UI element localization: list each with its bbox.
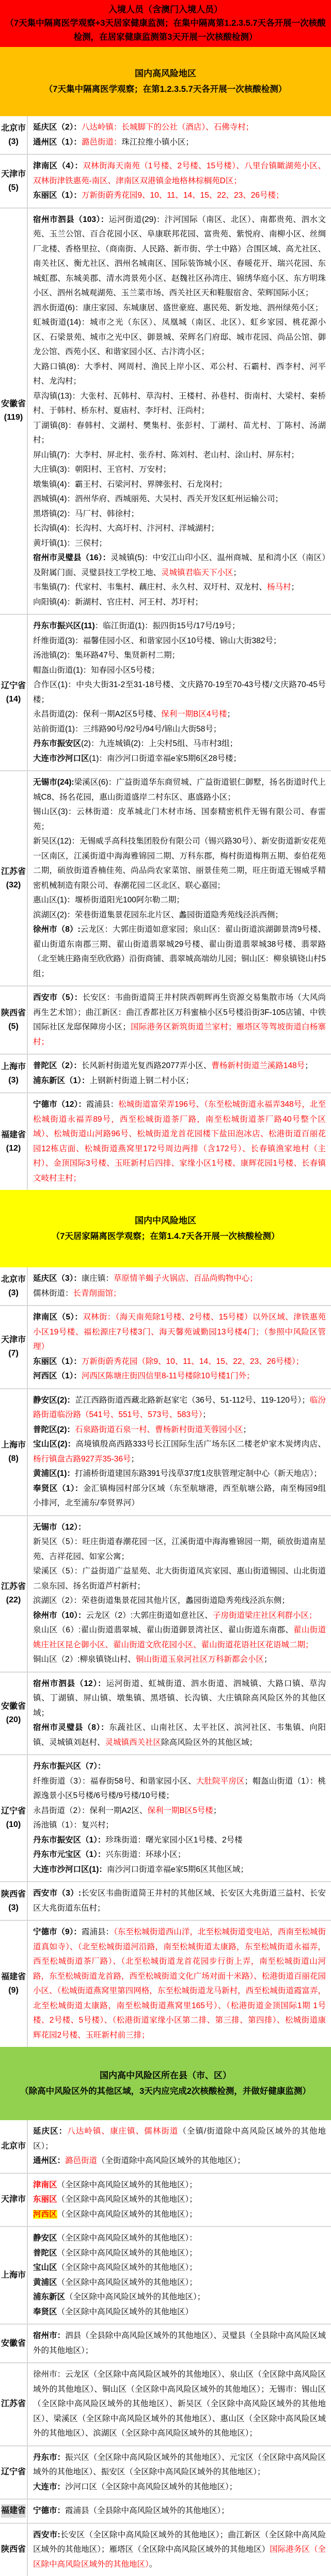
province-name: 天津市 — [1, 1333, 26, 1347]
text-segment: 长沟镇(4)：长沟村、大高圩村、汴河村、洋城湖村； — [33, 524, 219, 533]
text-segment: （全区除中高风险区域外的其他地区）； — [57, 2181, 197, 2189]
red-text-segment: 潞邑街道： — [82, 138, 122, 147]
region-line: 梁溪区（5）：广益街道广益星苑、北大街街道凤宾家园、惠山街道锡园、山北街道二泉东… — [33, 1564, 326, 1594]
region-line: 大连市沙河口区(1)：南沙河口街道幸福e家5期6区其他区域； — [33, 1863, 326, 1878]
province-label: 辽宁省(14) — [0, 615, 28, 770]
province-name: 江苏省 — [1, 2397, 26, 2411]
text-segment: 惠山区(1)：堰桥街道阳光100阿尔勒二期； — [33, 896, 184, 904]
province-regions: 宿州市泗县（12）：运河街道、虹城街道、泗水街道、泗城镇、大路口镇、草沟镇、丁湖… — [28, 1673, 331, 1755]
red-text-segment: 八达岭镇：长城脚下的公社（酒店）、石佛寺村； — [82, 123, 254, 132]
province-regions: 徐州市：云龙区（全区除中高风险区域外的其他地区）、泉山区（全区除中高风险区域外的… — [28, 2363, 331, 2445]
region-line: 丹东市振兴区（7）： — [33, 1759, 326, 1774]
text-segment: 珠江拉维小镇小区； — [121, 138, 194, 147]
text-segment: 霞浦县（全县除中高风险区域外的其他地区）； — [65, 2506, 229, 2515]
province-label: 安徽省 — [0, 2325, 28, 2362]
text-segment: 永昌街道(2)：保利一期A2区5号楼、 — [33, 710, 161, 719]
text-segment: 纤维街道(3)：福馨佳园小区、和谐家园小区10号楼、锦山大街382号； — [33, 637, 281, 645]
region-line: 丁湖镇(8)：春韩村、文湖村、樊集村、张彭村、丁湖村、苗尤村、丁陈村、汤湖村； — [33, 419, 326, 448]
text-segment: 霞浦县： — [82, 1928, 114, 1936]
province-label: 辽宁省(10) — [0, 1755, 28, 1881]
region-line: 泉山区（6）:翟山街道翡翠城、翟山街道御景湾社区、翟山街道东南郡、翟山街道姚庄社… — [33, 1623, 326, 1652]
province-row: 辽宁省(10)丹东市振兴区（7）：纤维街道（3）：福春街58号、和谐家园小区、大… — [0, 1755, 331, 1882]
region-line: 永昌街道(2)：保利一期A2区5号楼、保利一期B区4号楼； — [33, 707, 326, 722]
text-segment: 霞浦县： — [86, 1100, 118, 1109]
text-segment: ； — [291, 583, 299, 592]
province-regions: 西安市（5）：长安区：韦曲街道简王井村陕西朝辉再生资源交易集散市场（大风尚再生艺… — [28, 987, 331, 1054]
red-text-segment: 曹杨新村街道兰溪路148号 — [211, 1061, 305, 1070]
medium-risk-table: 北京市(3)延庆区（3）：康庄镇：草原情羊蝎子火锅店、百品尚购物中心；儒林街道：… — [0, 1267, 331, 2047]
high-risk-banner-title: 国内高风险地区 — [6, 66, 325, 82]
province-count: (7) — [8, 1347, 19, 1360]
province-label: 陕西省(3) — [0, 1882, 28, 1920]
text-segment: 黄圩镇(1)：三侯村； — [33, 539, 107, 548]
text-segment: 振兴区（全区除中高风险区域外的其他地区）、元宝区（全区除中高风险区域外的其他地区… — [33, 2453, 326, 2477]
bold-text-segment: 宿州市泗县（103）： — [33, 215, 109, 224]
red-text-segment: 潞邑街道 — [65, 2156, 97, 2165]
province-name: 安徽省 — [1, 397, 26, 411]
bold-text-segment: 丹东市： — [33, 2453, 65, 2462]
region-line: 向阳镇(4)：新湖村、官庄村、河王村、苏圩村； — [33, 595, 326, 610]
region-line: 奉贤区（全区除中高风险区域外的其他地区） — [33, 2305, 326, 2320]
text-segment: (1)：南沙河口街道幸福e家5期6区28号楼； — [89, 754, 242, 763]
region-line: 津南区（4）：双林街海天南苑（1号楼、2号楼、15号楼）、八里台镇瞰湖苑小区、双… — [33, 159, 326, 188]
county-level-banner-subtitle: （除高中风险区外的其他区域，3天内应完成2次核酸检测，并做好健康监测） — [6, 2084, 325, 2100]
region-line: 徐州市：云龙区（全区除中高风险区域外的其他地区）、泉山区（全区除中高风险区域外的… — [33, 2367, 326, 2441]
province-row: 北京市延庆区：八达岭镇、康庄镇、儒林街道（全镇/街道除中高风险区域外的其他地区）… — [0, 2120, 331, 2174]
region-line: 大路口镇(8)：大季村、网周村、渔民上岸小区、邓公村、石霸村、西李村、河平村、龙… — [33, 360, 326, 389]
region-line: 宝山区(2)：高境镇殷高西路333号长江国际生活广场东区二楼老炉家木炭烤肉店、杨… — [33, 1437, 326, 1467]
text-segment: 康庄镇： — [82, 1274, 114, 1283]
region-line: 西安市:长安区（全区除中高风险区域外的其他地区）；曲江新区（全区除中高风险区域外… — [33, 2528, 326, 2572]
province-regions: 宁德市：霞浦县（全县除中高风险区域外的其他地区）； — [28, 2500, 331, 2523]
province-regions: 津南区（4）：双林街海天南苑（1号楼、2号楼、15号楼）、八里台镇瞰湖苑小区、双… — [28, 155, 331, 208]
region-line: 奉贤区（1）：金汇镇梅园村部分区域（东至航塘港，西至航塘公路，南至梅园9组小排河… — [33, 1482, 326, 1511]
bold-text-segment: 静安区(2)： — [33, 1396, 75, 1405]
province-regions: 延庆区：八达岭镇、康庄镇、儒林街道（全镇/街道除中高风险区域外的其他地区）；通州… — [28, 2120, 331, 2173]
red-text-segment: 石泉路街道石泉一村、曹杨新村街道芙蓉园小区 — [75, 1425, 243, 1434]
province-row: 福建省(12)宁德市（12）：霞浦县：松城街道富荣弄196号、（东至松城街道永福… — [0, 1093, 331, 1190]
text-segment: 新吴区（5）：旺庄街道春潮花园一区，江溪街道中海海雅锦园一期，硕放街道南星苑、吉… — [33, 1537, 326, 1561]
region-line: 宿州市灵璧县（8）：东蔬社区、山南社区、太平社区、滨河社区、韦集镇、向阳镇、灵城… — [33, 1721, 326, 1750]
red-text-segment: 长青削面馆； — [73, 1289, 121, 1298]
province-label: 福建省(12) — [0, 1093, 28, 1190]
bold-text-segment: 丹东市振兴区(11) — [33, 622, 95, 630]
region-line: 墩集镇(4)：霸王村、石梁河村、界牌张村、石龙岗村； — [33, 478, 326, 492]
region-line: 东丽区（1）：万新街蔚秀花园9、10、11、14、15、22、23、26号楼； — [33, 188, 326, 203]
province-label: 陕西省 — [0, 2524, 28, 2576]
text-segment: ； — [213, 1806, 222, 1815]
text-segment: （全区除中高风险区域外的其他地区）： — [57, 2234, 197, 2243]
province-regions: 宿州市泗县（103）：运河街道(29)：汴河国际（南区、北区）、南都贵苑、泗水文… — [28, 209, 331, 614]
text-segment: 永昌街道（2）：保利一期A2区、 — [33, 1806, 147, 1815]
region-line: 黑塔镇(2)：马厂村、韩徐村； — [33, 507, 326, 522]
region-line: 延庆区（3）：康庄镇：草原情羊蝎子火锅店、百品尚购物中心； — [33, 1271, 326, 1286]
region-line: 儒林街道：长青削面馆； — [33, 1286, 326, 1301]
text-segment: 珍珠街道：曙光家园小区1号楼、2号楼 — [105, 1836, 242, 1844]
region-line: 延庆区（2）：八达岭镇：长城脚下的公社（酒店）、石佛寺村； — [33, 120, 326, 135]
province-row: 陕西省西安市:长安区（全区除中高风险区域外的其他地区）；曲江新区（全区除中高风险… — [0, 2524, 331, 2576]
province-row: 安徽省(119)宿州市泗县（103）：运河街道(29)：汴河国际（南区、北区）、… — [0, 209, 331, 615]
province-count: (5) — [8, 181, 19, 195]
bold-text-segment: 宝山区 — [33, 2263, 57, 2272]
region-line: 永昌街道（2）：保利一期A2区、保利一期B区5号楼； — [33, 1804, 326, 1819]
bold-text-segment: 通州区（1）： — [33, 138, 82, 147]
province-label: 江苏省(32) — [0, 771, 28, 985]
province-row: 陕西省(3)西安市（3）:长安区韦曲街道简王井村的其他区域、长安区大兆街道三益村… — [0, 1882, 331, 1921]
province-label: 上海市(8) — [0, 1389, 28, 1515]
province-name: 安徽省 — [1, 1700, 26, 1713]
bold-text-segment: 普陀区（2）： — [33, 1061, 82, 1070]
text-segment: 泗县（全县除中高风险区域外的其他地区）、灵璧县（全县除中高风险区域外的其他地区）… — [33, 2331, 326, 2355]
text-segment: 芷江西路街道西藏北路新赵家宅（36号、51-112号、119-120号）； — [75, 1396, 310, 1405]
province-name: 上海市 — [1, 1439, 26, 1452]
bold-text-segment: 东丽区（1）： — [33, 1357, 82, 1366]
county-level-table: 北京市延庆区：八达岭镇、康庄镇、儒林街道（全镇/街道除中高风险区域外的其他地区）… — [0, 2120, 331, 2576]
text-segment: 锡山区(3)：云林街道：皮革城北门木材市场、国泰精密机件无锡有限公司、春雷苑； — [33, 807, 326, 831]
text-segment: 儒林街道： — [33, 1289, 73, 1298]
region-line: 无锡市（12）： — [33, 1520, 326, 1535]
text-segment: （全区除中高风险区域外的其他地区）； — [57, 2195, 197, 2204]
province-label: 上海市(3) — [0, 1055, 28, 1092]
region-line: 新吴区(12)：无锡威孚高科技集团股份有限公司（锡兴路30号）、新安街道新安花苑… — [33, 834, 326, 893]
region-line: 普陀区(2)：石泉路街道石泉一村、曹杨新村街道芙蓉园小区； — [33, 1423, 326, 1438]
region-line: 纤维街道（3）：福春街58号、和谐家园小区、大肚院平房区；帽盔山街道（1）：桃源… — [33, 1774, 326, 1804]
province-count: (3) — [8, 1074, 19, 1087]
text-segment: 墩集镇(4)：霸王村、石梁河村、界牌张村、石龙岗村； — [33, 480, 227, 489]
region-line: 河西区（1）：河西区陈塘庄街四信里8-11号楼除10号楼1门外； — [33, 1369, 326, 1384]
region-line: 津南区（全区除中高风险区域外的其他地区）； — [33, 2178, 326, 2193]
text-segment: 徐州市：云龙区（全区除中高风险区域外的其他地区）、泉山区（全区除中高风险区域外的… — [33, 2370, 326, 2438]
text-segment: （全区除中高风险区域外的其他地区）； — [57, 2210, 197, 2219]
province-count: (12) — [6, 1142, 21, 1155]
text-segment: ； — [233, 568, 242, 577]
text-segment: 纤维街道（3）：福春街58号、和谐家园小区、 — [33, 1777, 196, 1786]
bold-text-segment: 普陀区(2)： — [33, 1425, 75, 1434]
region-line: 河西区（全区除中高风险区域外的其他地区）； — [33, 2207, 326, 2222]
province-name: 辽宁省 — [1, 1805, 26, 1818]
province-label: 北京市(3) — [0, 116, 28, 154]
province-count: (9) — [8, 1984, 19, 1997]
province-name: 福建省 — [1, 1128, 26, 1142]
region-line: 徐州市（8）:云龙区：大郭庄街道如意家园；泉山区：翟山街道滨湖御景湾9号楼、翟山… — [33, 923, 326, 981]
text-segment: ； — [243, 1425, 251, 1434]
province-name: 陕西省 — [1, 2543, 26, 2556]
county-level-banner-title: 国内高中风险区所在县（市、区） — [6, 2068, 325, 2084]
bold-text-segment: 延庆区（2）： — [33, 123, 82, 132]
text-segment: 帽盔山街道(1)：知春园小区5号楼； — [33, 666, 160, 675]
province-label: 安徽省(119) — [0, 209, 28, 614]
province-label: 天津市(5) — [0, 155, 28, 208]
province-regions: 宁德市（12）：霞浦县：松城街道富荣弄196号、（东至松城街道永福弄348号，北… — [28, 1093, 331, 1190]
region-line: 通州区（1）：潞邑街道：珠江拉维小镇小区； — [33, 135, 326, 150]
text-segment: ； — [305, 1061, 313, 1070]
bold-text-segment: 东丽区（1）： — [33, 191, 82, 200]
province-row: 北京市(3)延庆区（3）：康庄镇：草原情羊蝎子火锅店、百品尚购物中心；儒林街道：… — [0, 1267, 331, 1306]
province-name: 北京市 — [1, 1273, 26, 1286]
text-segment: 新吴区(12)：无锡威孚高科技集团股份有限公司（锡兴路30号）、新安街道新安花苑… — [33, 837, 326, 890]
region-line: 普陀区（全区除中高风险区域外的其他地区）； — [33, 2246, 326, 2261]
bold-text-segment: 大连市： — [33, 2483, 65, 2491]
province-label: 江苏省(22) — [0, 1516, 28, 1672]
red-text-segment: 保利一期B区4号楼 — [161, 710, 227, 719]
region-line: 丹东市振安区(2)：九连城镇(2)：上尖村5组、马市村3组； — [33, 737, 326, 752]
province-row: 北京市(3)延庆区（2）：八达岭镇：长城脚下的公社（酒店）、石佛寺村；通州区（1… — [0, 116, 331, 155]
region-line: 丹东市元宝区（1）：兴东街道：环球小区； — [33, 1848, 326, 1863]
region-line: 普陀区（2）：长风新村街道光复西路2077弄小区、曹杨新村街道兰溪路148号； — [33, 1059, 326, 1074]
province-count: (32) — [6, 879, 21, 892]
bold-text-segment: 无锡市（12）： — [33, 1523, 86, 1532]
high-risk-table: 北京市(3)延庆区（2）：八达岭镇：长城脚下的公社（酒店）、石佛寺村；通州区（1… — [0, 116, 331, 1190]
text-segment: （全街道除中高风险区域外的其他地区）； — [97, 2156, 245, 2165]
province-regions: 静安区(2)：芷江西路街道西藏北路新赵家宅（36号、51-112号、119-12… — [28, 1389, 331, 1515]
high-risk-banner: 国内高风险地区 （7天集中隔离医学观察；在第1.2.3.5.7天各开展一次核酸检… — [0, 47, 331, 116]
bold-text-segment: 丹东市振安区（1）： — [33, 1836, 105, 1844]
region-line: 东丽区（1）：万新街蔚秀花园（除9、10、11、14、15、22、23、26号楼… — [33, 1355, 326, 1370]
province-row: 辽宁省丹东市：振兴区（全区除中高风险区域外的其他地区）、元宝区（全区除中高风险区… — [0, 2446, 331, 2500]
region-line: 津南区（5）：双林街：（海天南苑除1号楼、2号楼、15号楼）以外区域、津铁惠苑小… — [33, 1310, 326, 1355]
province-row: 安徽省宿州市：泗县（全县除中高风险区域外的其他地区）、灵璧县（全县除中高风险区域… — [0, 2325, 331, 2363]
region-line: 静安区（全区除中高风险区域外的其他地区）： — [33, 2231, 326, 2246]
region-line: 帽盔山街道(1)：知春园小区5号楼； — [33, 663, 326, 678]
medium-risk-banner-subtitle: （7天居家隔离医学观察；在第1.4.7天各开展一次核酸检测） — [6, 1229, 325, 1245]
region-line: 草沟镇(13)：大张村、瓦韩村、草沟村、王楼村、孙巷村、街南村、大梁村、秦桥村、… — [33, 389, 326, 419]
text-segment: ； — [227, 710, 235, 719]
province-label: 上海市 — [0, 2227, 28, 2324]
province-name: 江苏省 — [1, 1580, 26, 1594]
province-row: 天津市(5)津南区（4）：双林街海天南苑（1号楼、2号楼、15号楼）、八里台镇瞰… — [0, 155, 331, 209]
text-segment: 汤池镇（1）：复兴村； — [33, 1821, 114, 1830]
text-segment: 铜山区（2）:柳泉镇铙山村、 — [33, 1655, 136, 1664]
red-text-segment: 杨行镇盘古路927弄35-36号 — [33, 1455, 131, 1464]
region-line: 大连市：沙河口区（全区除中高风险区域外的其他地区）； — [33, 2480, 326, 2495]
province-row: 江苏省(22)无锡市（12）：新吴区（5）：旺庄街道春潮花园一区，江溪街道中海海… — [0, 1516, 331, 1673]
bold-text-segment: 宝山区(2)： — [33, 1440, 76, 1449]
region-line: 黄浦区(1)：打浦桥街道建国东路391号浅草37度1皮肤管理定制中心（新天地店）… — [33, 1467, 326, 1482]
province-count: (8) — [8, 1452, 19, 1466]
province-count: (20) — [6, 1713, 21, 1727]
region-line: 大庄镇(3)：朝阳村、王官村、万安村； — [33, 463, 326, 478]
province-label: 辽宁省 — [0, 2446, 28, 2499]
bold-text-segment: 宁德市（9）： — [33, 1928, 82, 1936]
red-text-segment: 铜山街道玉泉河社区万科新都会小区 — [136, 1655, 264, 1664]
high-risk-banner-subtitle: （7天集中隔离医学观察；在第1.2.3.5.7天各开展一次核酸检测） — [6, 82, 325, 98]
region-line: 宁德市（9）：霞浦县：（东至松城街道西山洋，北至松城街道变电站，西南至松城街道真… — [33, 1925, 326, 2043]
region-line: 徐州市（10）：云龙区（2）:大郭庄街道如意社区、子房街道梁庄社区利群小区； — [33, 1609, 326, 1624]
text-segment: 站前街道(1)：三纬路90号/92号/94号/锦山大街58号； — [33, 725, 221, 734]
text-segment: 草沟镇(13)：大张村、瓦韩村、草沟村、王楼村、孙巷村、街南村、大梁村、秦桥村、… — [33, 392, 326, 416]
red-text-segment: 八达岭镇、康庄镇、儒林街道 — [67, 2127, 178, 2136]
text-segment: 除高风险区外的其他区域； — [161, 1738, 257, 1747]
bold-text-segment: 宿州市灵璧县（8）： — [33, 1723, 109, 1732]
region-line: 浦东新区（1）：上钢新村街道上钢二村小区； — [33, 1074, 326, 1089]
region-line: 丹东市：振兴区（全区除中高风险区域外的其他地区）、元宝区（全区除中高风险区域外的… — [33, 2451, 326, 2480]
province-regions: 丹东市：振兴区（全区除中高风险区域外的其他地区）、元宝区（全区除中高风险区域外的… — [28, 2446, 331, 2499]
province-row: 上海市(8)静安区(2)：芷江西路街道西藏北路新赵家宅（36号、51-112号、… — [0, 1389, 331, 1516]
region-line: 宁德市：霞浦县（全县除中高风险区域外的其他地区）； — [33, 2504, 326, 2519]
province-name: 北京市 — [1, 122, 26, 135]
province-name: 天津市 — [1, 168, 26, 181]
red-text-segment: 津南区 — [33, 2181, 57, 2189]
text-segment: 黑塔镇(2)：马厂村、韩徐村； — [33, 510, 139, 518]
province-name: 辽宁省 — [1, 679, 26, 693]
province-label: 福建省(9) — [0, 1921, 28, 2047]
province-name: 福建省 — [1, 2504, 26, 2518]
province-regions: 普陀区（2）：长风新村街道光复西路2077弄小区、曹杨新村街道兰溪路148号；浦… — [28, 1055, 331, 1092]
region-line: 大连市沙河口区(1)：南沙河口街道幸福e家5期6区28号楼； — [33, 752, 326, 767]
red-text-segment: 松城街道富荣弄196号、（东至松城街道永福弄348号，北至松城街道永福弄89号，… — [33, 1100, 326, 1183]
text-segment: 长风新村街道光复西路2077弄小区、 — [82, 1061, 211, 1070]
region-line: 丹东市振安区（1）：珍珠街道：曙光家园小区1号楼、2号楼 — [33, 1833, 326, 1848]
province-row: 上海市(3)普陀区（2）：长风新村街道光复西路2077弄小区、曹杨新村街道兰溪路… — [0, 1055, 331, 1093]
region-line: 通州区：潞邑街道（全街道除中高风险区域外的其他地区）； — [33, 2154, 326, 2169]
medium-risk-banner-title: 国内中风险地区 — [6, 1213, 325, 1229]
text-segment: 泗水街道(6)：康庄家园、东城康居、盛世豪庭、惠民苑、新发地、泗州绿苑小区； — [33, 304, 323, 312]
bold-text-segment: 浦东新区 — [33, 2293, 65, 2301]
province-regions: 无锡市(24):梁溪区(6)：广益街道华东商贸城、广益街道银仁御墅，扬名街道时代… — [28, 771, 331, 985]
text-segment: 韦集镇(7)：代家村、韦集村、藕庄村、永久村、双圩村、双龙村、 — [33, 583, 267, 592]
text-segment: （全区除中高风险区域外的其他地区） — [57, 2308, 194, 2316]
bold-text-segment: 通州区： — [33, 2156, 65, 2165]
province-count: (14) — [6, 693, 21, 706]
province-row: 江苏省(32)无锡市(24):梁溪区(6)：广益街道华东商贸城、广益街道银仁御墅… — [0, 771, 331, 987]
province-name: 北京市 — [1, 2140, 26, 2153]
text-segment: 屏山镇(7)：大李村、屏北村、张乔村、陈刘村、老山村、涂山村、屏东村； — [33, 451, 299, 459]
bold-text-segment: 西安市: — [33, 2531, 60, 2539]
red-text-segment: 杨马村 — [267, 583, 291, 592]
province-row: 福建省宁德市：霞浦县（全县除中高风险区域外的其他地区）； — [0, 2500, 331, 2524]
province-label: 江苏省 — [0, 2363, 28, 2445]
medium-risk-banner: 国内中风险地区 （7天居家隔离医学观察；在第1.4.7天各开展一次核酸检测） — [0, 1190, 331, 1267]
text-segment: ； — [131, 1455, 139, 1464]
province-row: 福建省(9)宁德市（9）：霞浦县：（东至松城街道西山洋，北至松城街道变电站，西南… — [0, 1921, 331, 2047]
province-name: 上海市 — [1, 1060, 26, 1074]
province-label: 陕西省(5) — [0, 987, 28, 1054]
red-text-segment: 子房街道梁庄社区利群小区； — [213, 1611, 317, 1620]
risk-notice-document: 入境人员（含澳门入境人员） （7天集中隔离医学观察+3天居家健康监测；在集中隔离… — [0, 0, 331, 2576]
province-row: 辽宁省(14)丹东市振兴区(11)：临江街道(1)：振四街15号/17号/19号… — [0, 615, 331, 771]
text-segment: 大路口镇(8)：大季村、网周村、渔民上岸小区、邓公村、石霸村、西李村、河平村、龙… — [33, 362, 326, 386]
province-count: (3) — [8, 1286, 19, 1300]
region-line: 屏山镇(7)：大李村、屏北村、张乔村、陈刘村、老山村、涂山村、屏东村； — [33, 448, 326, 463]
region-line: 虹城街道(14)：城市之光（东区）、凤凰城（南区、北区）、虹乡家园、桃花源小区、… — [33, 315, 326, 360]
province-count: (5) — [8, 1020, 19, 1033]
bold-text-segment: 西安市（5）： — [33, 993, 82, 1002]
bold-text-segment: 大连市沙河口区(1)： — [33, 1865, 107, 1874]
region-line: 宝山区（全区除中高风险区域外的其他地区）； — [33, 2261, 326, 2276]
red-text-segment: 万新街蔚秀花园（除9、10、11、14、15、22、23、26号楼）； — [82, 1357, 304, 1366]
province-name: 江苏省 — [1, 865, 26, 879]
text-segment: 合作区(1)：中央大街31-2至31-18号楼、文庆路70-19至70-43号楼… — [33, 680, 326, 704]
region-line: 宿州市：泗县（全县除中高风险区域外的其他地区）、灵璧县（全县除中高风险区域外的其… — [33, 2329, 326, 2358]
region-line: 新吴区（5）：旺庄街道春潮花园一区，江溪街道中海海雅锦园一期，硕放街道南星苑、吉… — [33, 1535, 326, 1564]
red-text-segment: 灵城镇君临天下小区 — [161, 568, 233, 577]
entry-banner-subtitle: （7天集中隔离医学观察+3天居家健康监测；在集中隔离第1.2.3.5.7天各开展… — [3, 17, 328, 44]
text-segment: 虹城街道(14)：城市之光（东区）、凤凰城（南区、北区）、虹乡家园、桃花源小区、… — [33, 318, 326, 356]
bold-text-segment: 无锡市(24): — [33, 778, 74, 787]
province-name: 陕西省 — [1, 1007, 26, 1020]
red-text-segment: 草原情羊蝎子火锅店、百品尚购物中心； — [114, 1274, 258, 1283]
text-segment: 南沙河口街道幸福e家5期6区其他区域； — [107, 1865, 248, 1874]
region-line: 汤池镇（1）：复兴村； — [33, 1818, 326, 1833]
bold-text-segment: 宿州市灵璧县（16）： — [33, 553, 111, 562]
bold-text-segment: 西安市（3）: — [33, 1889, 81, 1898]
province-row: 天津市(7)津南区（5）：双林街：（海天南苑除1号楼、2号楼、15号楼）以外区域… — [0, 1306, 331, 1389]
region-line: 滨湖区（2）：荣巷街道集景花园其他片区，蠡园街道隐秀苑线泾浜东侧； — [33, 1594, 326, 1609]
bold-text-segment: 奉贤区 — [33, 2308, 57, 2316]
province-regions: 津南区（5）：双林街：（海天南苑除1号楼、2号楼、15号楼）以外区域、津铁惠苑小… — [28, 1306, 331, 1388]
province-regions: 津南区（全区除中高风险区域外的其他地区）；东丽区（全区除中高风险区域外的其他地区… — [28, 2174, 331, 2227]
region-line: 西安市（5）：长安区：韦曲街道简王井村陕西朝辉再生资源交易集散市场（大风尚再生艺… — [33, 991, 326, 1050]
province-regions: 静安区（全区除中高风险区域外的其他地区）：普陀区（全区除中高风险区域外的其他地区… — [28, 2227, 331, 2324]
province-name: 福建省 — [1, 1970, 26, 1984]
province-label: 福建省 — [0, 2500, 28, 2523]
province-regions: 西安市:长安区（全区除中高风险区域外的其他地区）；曲江新区（全区除中高风险区域外… — [28, 2524, 331, 2576]
province-name: 辽宁省 — [1, 2466, 26, 2479]
region-line: 锡山区(3)：云林街道：皮革城北门木材市场、国泰精密机件无锡有限公司、春雷苑； — [33, 805, 326, 834]
province-count: (3) — [8, 1901, 19, 1915]
province-row: 陕西省(5)西安市（5）：长安区：韦曲街道简王井村陕西朝辉再生资源交易集散市场（… — [0, 987, 331, 1055]
text-segment: 运河街道(29)：汴河国际（南区、北区）、南都贵苑、泗水文苑、玉兰公馆、百合花园… — [33, 215, 326, 298]
text-segment: ：临江街道(1)：振四街15号/17号/19号； — [95, 622, 240, 630]
text-segment: 梁溪区（5）：广益街道广益星苑、北大街街道凤宾家园、惠山街道锡园、山北街道二泉东… — [33, 1567, 326, 1591]
bold-text-segment: 浦东新区（1）： — [33, 1076, 89, 1085]
red-text-segment: 灵城镇西关社区 — [105, 1738, 162, 1747]
province-count: (10) — [6, 1818, 21, 1832]
text-segment: 泗城镇(4)：泗州华府、西城丽苑、大吴村、西关开发区虹州运输公司； — [33, 495, 283, 503]
province-regions: 宁德市（9）：霞浦县：（东至松城街道西山洋，北至松城街道变电站，西南至松城街道真… — [28, 1921, 331, 2047]
text-segment: 打浦桥街道建国东路391号浅草37度1皮肤管理定制中心（新天地店）； — [75, 1469, 322, 1478]
region-line: 纤维街道(3)：福馨佳园小区、和谐家园小区10号楼、锦山大街382号； — [33, 634, 326, 649]
red-text-segment: 万新街蔚秀花园9、10、11、14、15、22、23、26号楼； — [82, 191, 284, 200]
text-segment: 泉山区（6）:翟山街道翡翠城、翟山街道御景湾社区、翟山街道东南郡、 — [33, 1626, 293, 1634]
province-row: 天津市津南区（全区除中高风险区域外的其他地区）；东丽区（全区除中高风险区域外的其… — [0, 2174, 331, 2228]
text-segment: 汤池镇(2)：集环路47号、集贤新村二期； — [33, 651, 180, 660]
region-line: 东丽区（全区除中高风险区域外的其他地区）； — [33, 2192, 326, 2207]
bold-text-segment: 静安区 — [33, 2234, 57, 2243]
region-line: 延庆区：八达岭镇、康庄镇、儒林街道（全镇/街道除中高风险区域外的其他地区）； — [33, 2124, 326, 2154]
red-text-segment: 东丽区 — [33, 2195, 57, 2204]
province-regions: 宿州市：泗县（全县除中高风险区域外的其他地区）、灵璧县（全县除中高风险区域外的其… — [28, 2325, 331, 2362]
province-label: 安徽省(20) — [0, 1673, 28, 1755]
province-count: (22) — [6, 1594, 21, 1607]
text-segment: 沙河口区（全区除中高风险区域外的其他地区）； — [65, 2483, 237, 2491]
region-line: 铜山区（2）:柳泉镇铙山村、铜山街道玉泉河社区万科新都会小区； — [33, 1652, 326, 1667]
bold-text-segment: 宁德市： — [33, 2506, 65, 2515]
text-segment: (2)：九连城镇(2)：上尖村5组、马市村3组； — [81, 739, 238, 748]
region-line: 宁德市（12）：霞浦县：松城街道富荣弄196号、（东至松城街道永福弄348号，北… — [33, 1098, 326, 1186]
province-row: 江苏省徐州市：云龙区（全区除中高风险区域外的其他地区）、泉山区（全区除中高风险区… — [0, 2363, 331, 2446]
bold-text-segment: 普陀区 — [33, 2249, 57, 2257]
province-regions: 西安市（3）:长安区韦曲街道简王井村的其他区域、长安区大兆街道三益村、长安区大兆… — [28, 1882, 331, 1920]
region-line: 浦东新区（全区除中高风险区域外的其他地区）； — [33, 2290, 326, 2305]
text-segment: ； — [202, 1410, 211, 1419]
bold-text-segment: 津南区（4）： — [33, 162, 83, 170]
province-regions: 丹东市振兴区（7）：纤维街道（3）：福春街58号、和谐家园小区、大肚院平房区；帽… — [28, 1755, 331, 1881]
text-segment: 丁湖镇(8)：春韩村、文湖村、樊集村、张彭村、丁湖村、苗尤村、丁陈村、汤湖村； — [33, 421, 326, 445]
province-regions: 延庆区（3）：康庄镇：草原情羊蝎子火锅店、百品尚购物中心；儒林街道：长青削面馆； — [28, 1267, 331, 1305]
province-count: (3) — [8, 135, 19, 149]
region-line: 站前街道(1)：三纬路90号/92号/94号/锦山大街58号； — [33, 722, 326, 737]
region-line: 静安区(2)：芷江西路街道西藏北路新赵家宅（36号、51-112号、119-12… — [33, 1393, 326, 1423]
text-segment: 云龙区（2）:大郭庄街道如意社区、 — [86, 1611, 213, 1620]
province-name: 安徽省 — [1, 2337, 26, 2350]
red-text-segment: 大肚院平房区 — [196, 1777, 245, 1786]
bold-text-segment: 延庆区（3）： — [33, 1274, 82, 1283]
red-text-segment: 河西区 — [33, 2210, 57, 2219]
region-line: 泗水街道(6)：康庄家园、东城康居、盛世豪庭、惠民苑、新发地、泗州绿苑小区； — [33, 301, 326, 316]
province-count: (119) — [4, 411, 23, 424]
province-regions: 延庆区（2）：八达岭镇：长城脚下的公社（酒店）、石佛寺村；通州区（1）：潞邑街道… — [28, 116, 331, 154]
